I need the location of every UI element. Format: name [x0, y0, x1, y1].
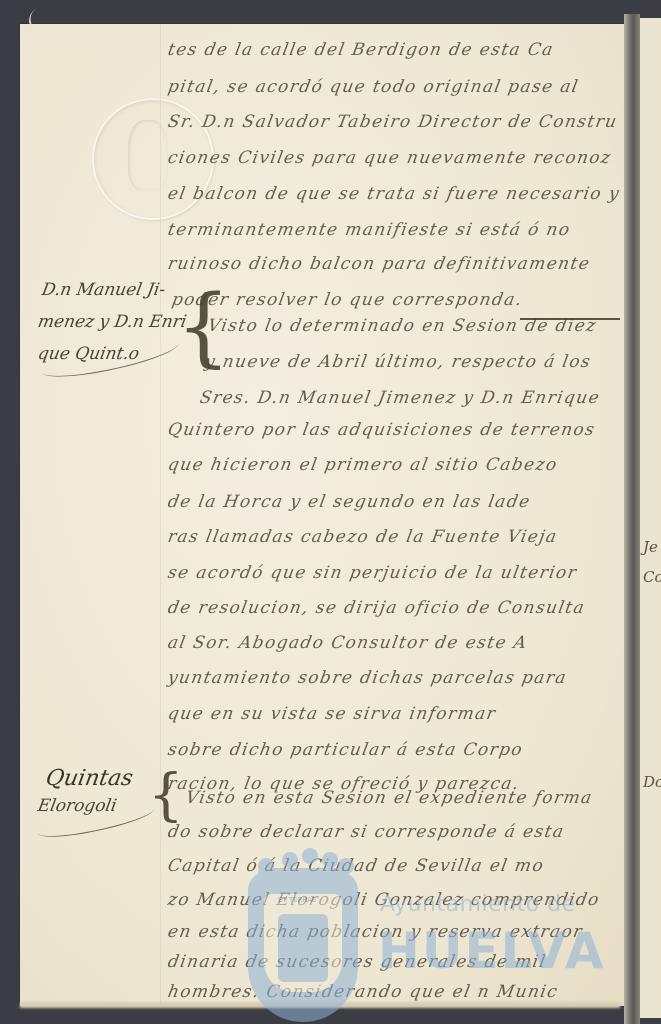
body-line: Visto en esta Sesion el expediente forma	[184, 788, 594, 808]
body-line: y nueve de Abril último, respecto á los	[203, 352, 593, 372]
body-line: do sobre declarar si corresponde á esta	[166, 822, 566, 842]
body-line: yuntamiento sobre dichas parcelas para	[166, 668, 568, 688]
facing-page-fragment: Do	[643, 773, 661, 791]
facing-page-fragment: Je	[643, 538, 658, 556]
body-line: de resolucion, se dirija oficio de Consu…	[166, 598, 587, 618]
body-line: que hicieron el primero al sitio Cabezo	[166, 455, 559, 475]
body-line: se acordó que sin perjuicio de la ulteri…	[166, 563, 579, 583]
body-line: Sr. D.n Salvador Tabeiro Director de Con…	[166, 112, 619, 132]
facing-page: Je Co Do	[640, 18, 661, 1018]
body-line: poder resolver lo que corresponda.	[170, 290, 524, 310]
body-line: Quintero por las adquisiciones de terren…	[166, 420, 597, 440]
watermark-city: HUELVA	[378, 922, 606, 980]
body-line: sobre dicho particular á esta Corpo	[166, 740, 525, 760]
body-line: ruinoso dicho balcon para definitivament…	[166, 254, 592, 274]
body-line: pital, se acordó que todo original pase …	[166, 77, 580, 97]
body-line: al Sor. Abogado Consultor de este A	[166, 633, 529, 653]
margin-note-line: D.n Manuel Ji-	[40, 280, 167, 300]
facing-page-fragment: Co	[643, 568, 661, 586]
shield-icon: ET TERRAE	[248, 872, 358, 1022]
body-line: que en su vista se sirva informar	[166, 704, 498, 724]
margin-note-line: menez y D.n Enri	[36, 312, 188, 332]
margin-rule	[160, 24, 161, 1004]
shield-motto: ET TERRAE	[278, 896, 316, 904]
watermark-institution: Ayuntamiento de	[380, 892, 576, 917]
huelva-watermark: ET TERRAE Ayuntamiento de HUELVA	[248, 842, 588, 1022]
body-line: tes de la calle del Berdigon de esta Ca	[166, 40, 555, 60]
body-line: de la Horca y el segundo en las lade	[166, 492, 532, 512]
body-line: el balcon de que se trata si fuere neces…	[166, 184, 621, 204]
margin-note-line: Quintas	[44, 766, 135, 791]
body-line: Sres. D.n Manuel Jimenez y D.n Enrique	[198, 388, 602, 408]
book-gutter	[624, 14, 640, 1024]
body-line: Visto lo determinado en Sesion de diez	[206, 316, 598, 336]
body-line: ras llamadas cabezo de la Fuente Vieja	[166, 527, 559, 547]
body-line: terminantemente manifieste si está ó no	[166, 220, 572, 240]
body-line: ciones Civiles para que nuevamente recon…	[166, 148, 613, 168]
